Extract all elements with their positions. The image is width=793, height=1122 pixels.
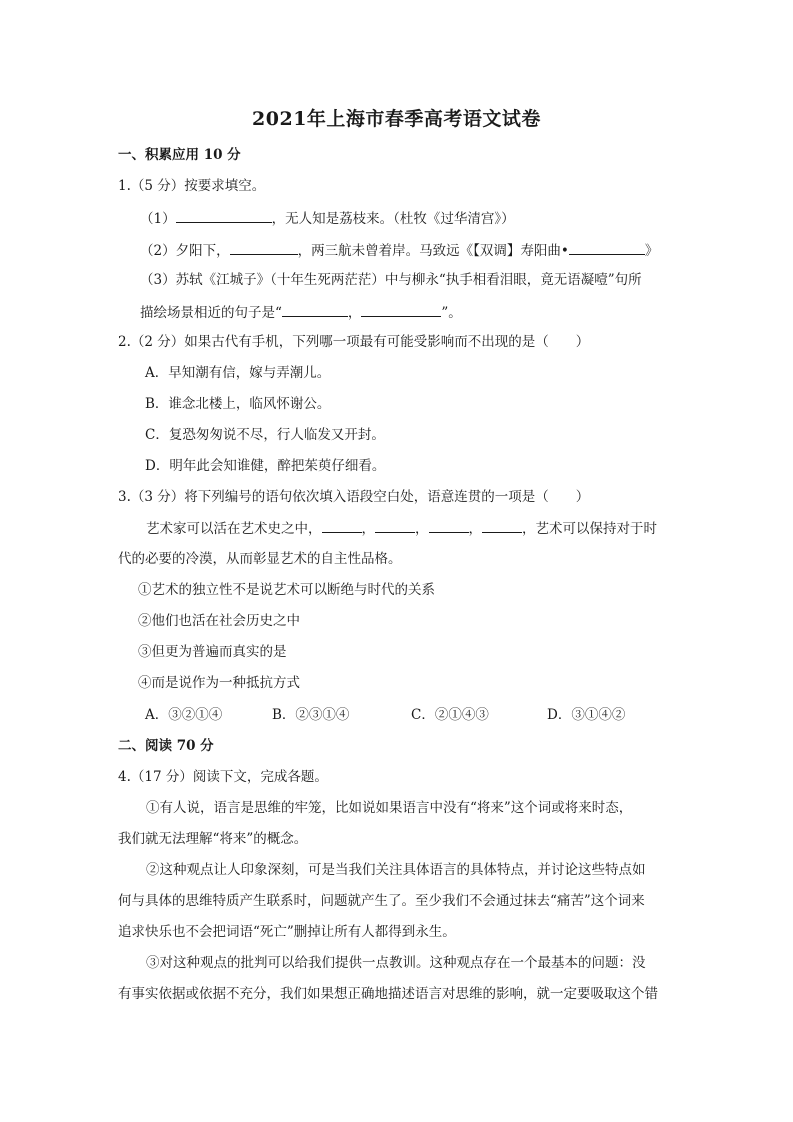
question-3-sentence-2: ②他们也活在社会历史之中 (138, 612, 300, 630)
question-1-stem: 1.（5 分）按要求填空。 (118, 177, 265, 195)
blank-3[interactable] (569, 240, 645, 255)
question-1-item-1: （1），无人知是荔枝来。（杜牧《过华清宫》） (140, 208, 515, 228)
question-2-option-a[interactable]: A．早知潮有信，嫁与弄潮儿。 (145, 364, 330, 382)
item-3-suffix: ”。 (441, 305, 461, 321)
question-3-sentence-4: ④而是说作为一种抵抗方式 (138, 674, 300, 692)
section-heading-reading: 二、阅读 70 分 (118, 737, 214, 755)
passage-suffix: ，艺术可以保持对于时 (522, 521, 657, 537)
passage-paragraph-3-line-2: 有事实依据或依据不充分，我们如果想正确地描述语言对思维的影响，就一定要吸取这个错 (118, 985, 658, 1003)
item-3-prefix: 描绘场景相近的句子是“ (140, 305, 282, 321)
passage-sep: ， (362, 521, 376, 537)
question-2-option-c[interactable]: C．复恐匆匆说不尽，行人临发又开封。 (145, 426, 385, 444)
blank-1[interactable] (176, 208, 272, 223)
passage-paragraph-2-line-3: 追求快乐也不会把词语“死亡”删掉让所有人都得到永生。 (118, 923, 456, 941)
item-3-sep: ， (348, 305, 362, 321)
item-2-prefix: （2）夕阳下， (140, 243, 230, 259)
question-4-stem: 4.（17 分）阅读下文，完成各题。 (118, 768, 328, 786)
question-1-item-3-line-1: （3）苏轼《江城子》（十年生死两茫茫）中与柳永“执手相看泪眼，竟无语凝噎”句所 (140, 271, 642, 289)
passage-prefix: 艺术家可以活在艺术史之中， (146, 521, 322, 537)
section-heading-accumulation: 一、积累应用 10 分 (118, 146, 241, 164)
blank-4[interactable] (282, 302, 348, 317)
blank-5[interactable] (361, 302, 441, 317)
exam-page: 2021年上海市春季高考语文试卷 一、积累应用 10 分 1.（5 分）按要求填… (0, 0, 793, 1122)
passage-paragraph-3-line-1: ③对这种观点的批判可以给我们提供一点教训。这种观点存在一个最基本的问题：没 (146, 954, 646, 972)
blank-2[interactable] (230, 240, 298, 255)
item-2-suffix: 》 (645, 243, 659, 259)
passage-blank-4[interactable] (482, 519, 522, 533)
passage-paragraph-2-line-2: 何与具体的思维特质产生联系时，问题就产生了。至少我们不会通过抹去“痛苦”这个词来 (118, 892, 645, 910)
passage-blank-2[interactable] (375, 519, 415, 533)
question-3-option-a[interactable]: A．③②①④ (145, 706, 222, 724)
question-3-option-d[interactable]: D．③①④② (547, 706, 625, 724)
passage-sep: ， (469, 521, 483, 537)
passage-paragraph-1-line-2: 我们就无法理解“将来”的概念。 (118, 830, 307, 848)
question-2-option-d[interactable]: D．明年此会知谁健，醉把茱萸仔细看。 (145, 457, 385, 475)
question-1-item-3-line-2: 描绘场景相近的句子是“，”。 (140, 302, 462, 322)
question-3-option-c[interactable]: C．②①④③ (411, 706, 489, 724)
question-3-sentence-3: ③但更为普遍而真实的是 (138, 643, 287, 661)
passage-sep: ， (415, 521, 429, 537)
passage-paragraph-2-line-1: ②这种观点让人印象深刻，可是当我们关注具体语言的具体特点，并讨论这些特点如 (146, 861, 646, 879)
question-3-passage-line-1: 艺术家可以活在艺术史之中，，，，，艺术可以保持对于时 (146, 519, 657, 538)
question-1-item-2: （2）夕阳下，，两三航未曾着岸。马致远《【双调】寿阳曲•》 (140, 240, 658, 260)
passage-paragraph-1-line-1: ①有人说，语言是思维的牢笼，比如说如果语言中没有“将来”这个词或将来时态， (146, 799, 632, 817)
item-2-middle: ，两三航未曾着岸。马致远《【双调】寿阳曲• (298, 243, 569, 259)
question-3-sentence-1: ①艺术的独立性不是说艺术可以断绝与时代的关系 (138, 581, 435, 599)
item-1-prefix: （1） (140, 211, 176, 227)
question-2-option-b[interactable]: B．谁念北楼上，临风怀谢公。 (145, 395, 330, 413)
question-3-passage-line-2: 代的必要的冷漠，从而彰显艺术的自主性品格。 (118, 550, 402, 568)
item-1-suffix: ，无人知是荔枝来。（杜牧《过华清宫》） (272, 211, 515, 227)
passage-blank-1[interactable] (322, 519, 362, 533)
question-3-stem: 3.（3 分）将下列编号的语句依次填入语段空白处，语意连贯的一项是（ ） (118, 488, 589, 506)
passage-blank-3[interactable] (429, 519, 469, 533)
page-title: 2021年上海市春季高考语文试卷 (0, 104, 793, 131)
question-2-stem: 2.（2 分）如果古代有手机，下列哪一项最有可能受影响而不出现的是（ ） (118, 333, 589, 351)
question-3-option-b[interactable]: B．②③①④ (272, 706, 349, 724)
